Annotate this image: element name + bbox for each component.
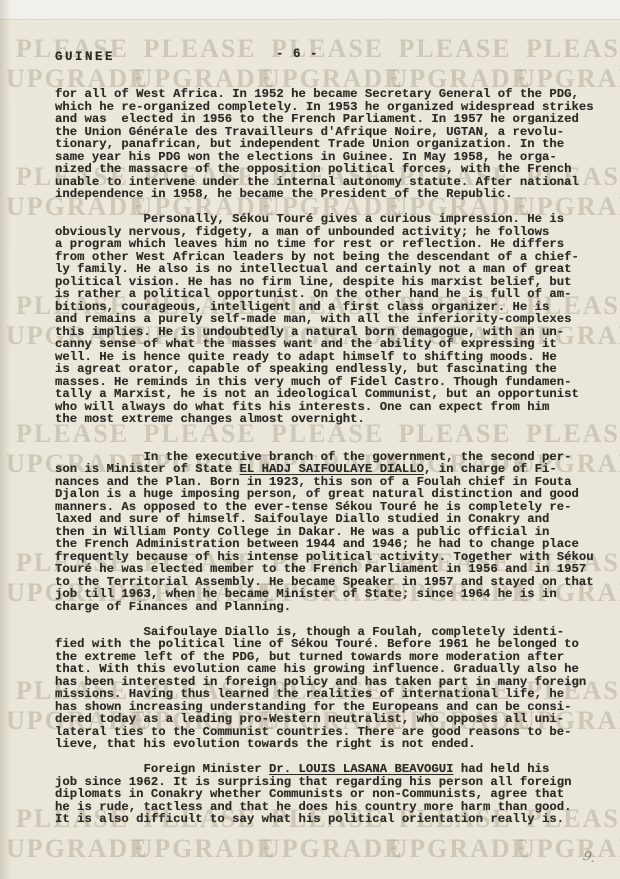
document-line: lieve, that his evolution towards the ri… xyxy=(55,738,620,751)
document-line: and remains a purely self-made man, with… xyxy=(55,313,620,326)
document-line: is agreat orator, capable of speaking en… xyxy=(55,363,620,376)
document-page: PLEASEPLEASEPLEASEPLEASEPLEASEUPGRADEUPG… xyxy=(0,0,620,879)
document-line: is rather a political opportunist. On th… xyxy=(55,288,620,301)
document-line: that. With this evolution came his growi… xyxy=(55,663,620,676)
document-line: tionary, panafrican, but independent Tra… xyxy=(55,138,620,151)
document-line: canny sense of what the masses want and … xyxy=(55,338,620,351)
document-line: job till 1963, when he became Minister o… xyxy=(55,588,620,601)
text-segment: , in charge of Fi- xyxy=(424,462,557,476)
document-line: fied with the political line of Sékou To… xyxy=(55,638,620,651)
watermark-text: PLEASE xyxy=(526,34,620,64)
watermark-text: UPGRADE xyxy=(261,834,404,864)
document-line: It is also difficult to say what his pol… xyxy=(55,813,620,826)
document-line: and was elected in 1956 to the French Pa… xyxy=(55,113,620,126)
document-line: ly family. He also is no intellectual an… xyxy=(55,263,620,276)
document-line xyxy=(55,438,620,451)
document-line: a program which leaves him no time for r… xyxy=(55,238,620,251)
document-line: laxed and sure of himself. Saifoulaye Di… xyxy=(55,513,620,526)
document-line: Djalon is a huge imposing person, of gre… xyxy=(55,488,620,501)
document-line: the French Administration between 1944 a… xyxy=(55,538,620,551)
text-segment: son is Minister of State xyxy=(55,462,239,476)
watermark-text: PLEASE xyxy=(399,34,512,64)
document-line: charge of Finances and Planning. xyxy=(55,601,620,614)
document-line: tally a Marxist, he is not an ideologica… xyxy=(55,388,620,401)
watermark-text: PLEASE xyxy=(144,34,257,64)
watermark-text: UPGRADE xyxy=(516,834,620,864)
document-line: son is Minister of State EL HADJ SAIFOUL… xyxy=(55,463,620,476)
watermark-text: UPGRADE xyxy=(389,834,532,864)
watermark-text: UPGRADE xyxy=(134,834,277,864)
document-line: Foreign Minister Dr. LOUIS LASANA BEAVOG… xyxy=(55,763,620,776)
watermark-text: UPGRADE xyxy=(6,834,149,864)
document-line: independence in 1958, he became the Pres… xyxy=(55,188,620,201)
underlined-name: EL HADJ SAIFOULAYE DIALLO xyxy=(239,462,423,476)
document-line: Personally, Sékou Touré gives a curious … xyxy=(55,213,620,226)
document-line xyxy=(55,426,620,439)
text-segment: had held his xyxy=(454,762,550,776)
text-segment: Foreign Minister xyxy=(55,762,269,776)
document-body: for all of West Africa. In 1952 he becam… xyxy=(55,88,620,826)
document-line: Touré he was elected member to the Frenc… xyxy=(55,563,620,576)
page-number-heading: - 6 - xyxy=(276,47,319,61)
document-line: dered today as a leading pro-Western neu… xyxy=(55,713,620,726)
document-line: missions. Having thus learned the realit… xyxy=(55,688,620,701)
document-line xyxy=(55,613,620,626)
underlined-name: Dr. LOUIS LASANA BEAVOGUI xyxy=(269,762,453,776)
document-line: diplomats in Conakry whether Communists … xyxy=(55,788,620,801)
country-heading: GUINEE xyxy=(55,50,115,64)
document-line: the most extreme changes almost overnigh… xyxy=(55,413,620,426)
document-line: nized the massacre of the opposition pol… xyxy=(55,163,620,176)
document-line: for all of West Africa. In 1952 he becam… xyxy=(55,88,620,101)
